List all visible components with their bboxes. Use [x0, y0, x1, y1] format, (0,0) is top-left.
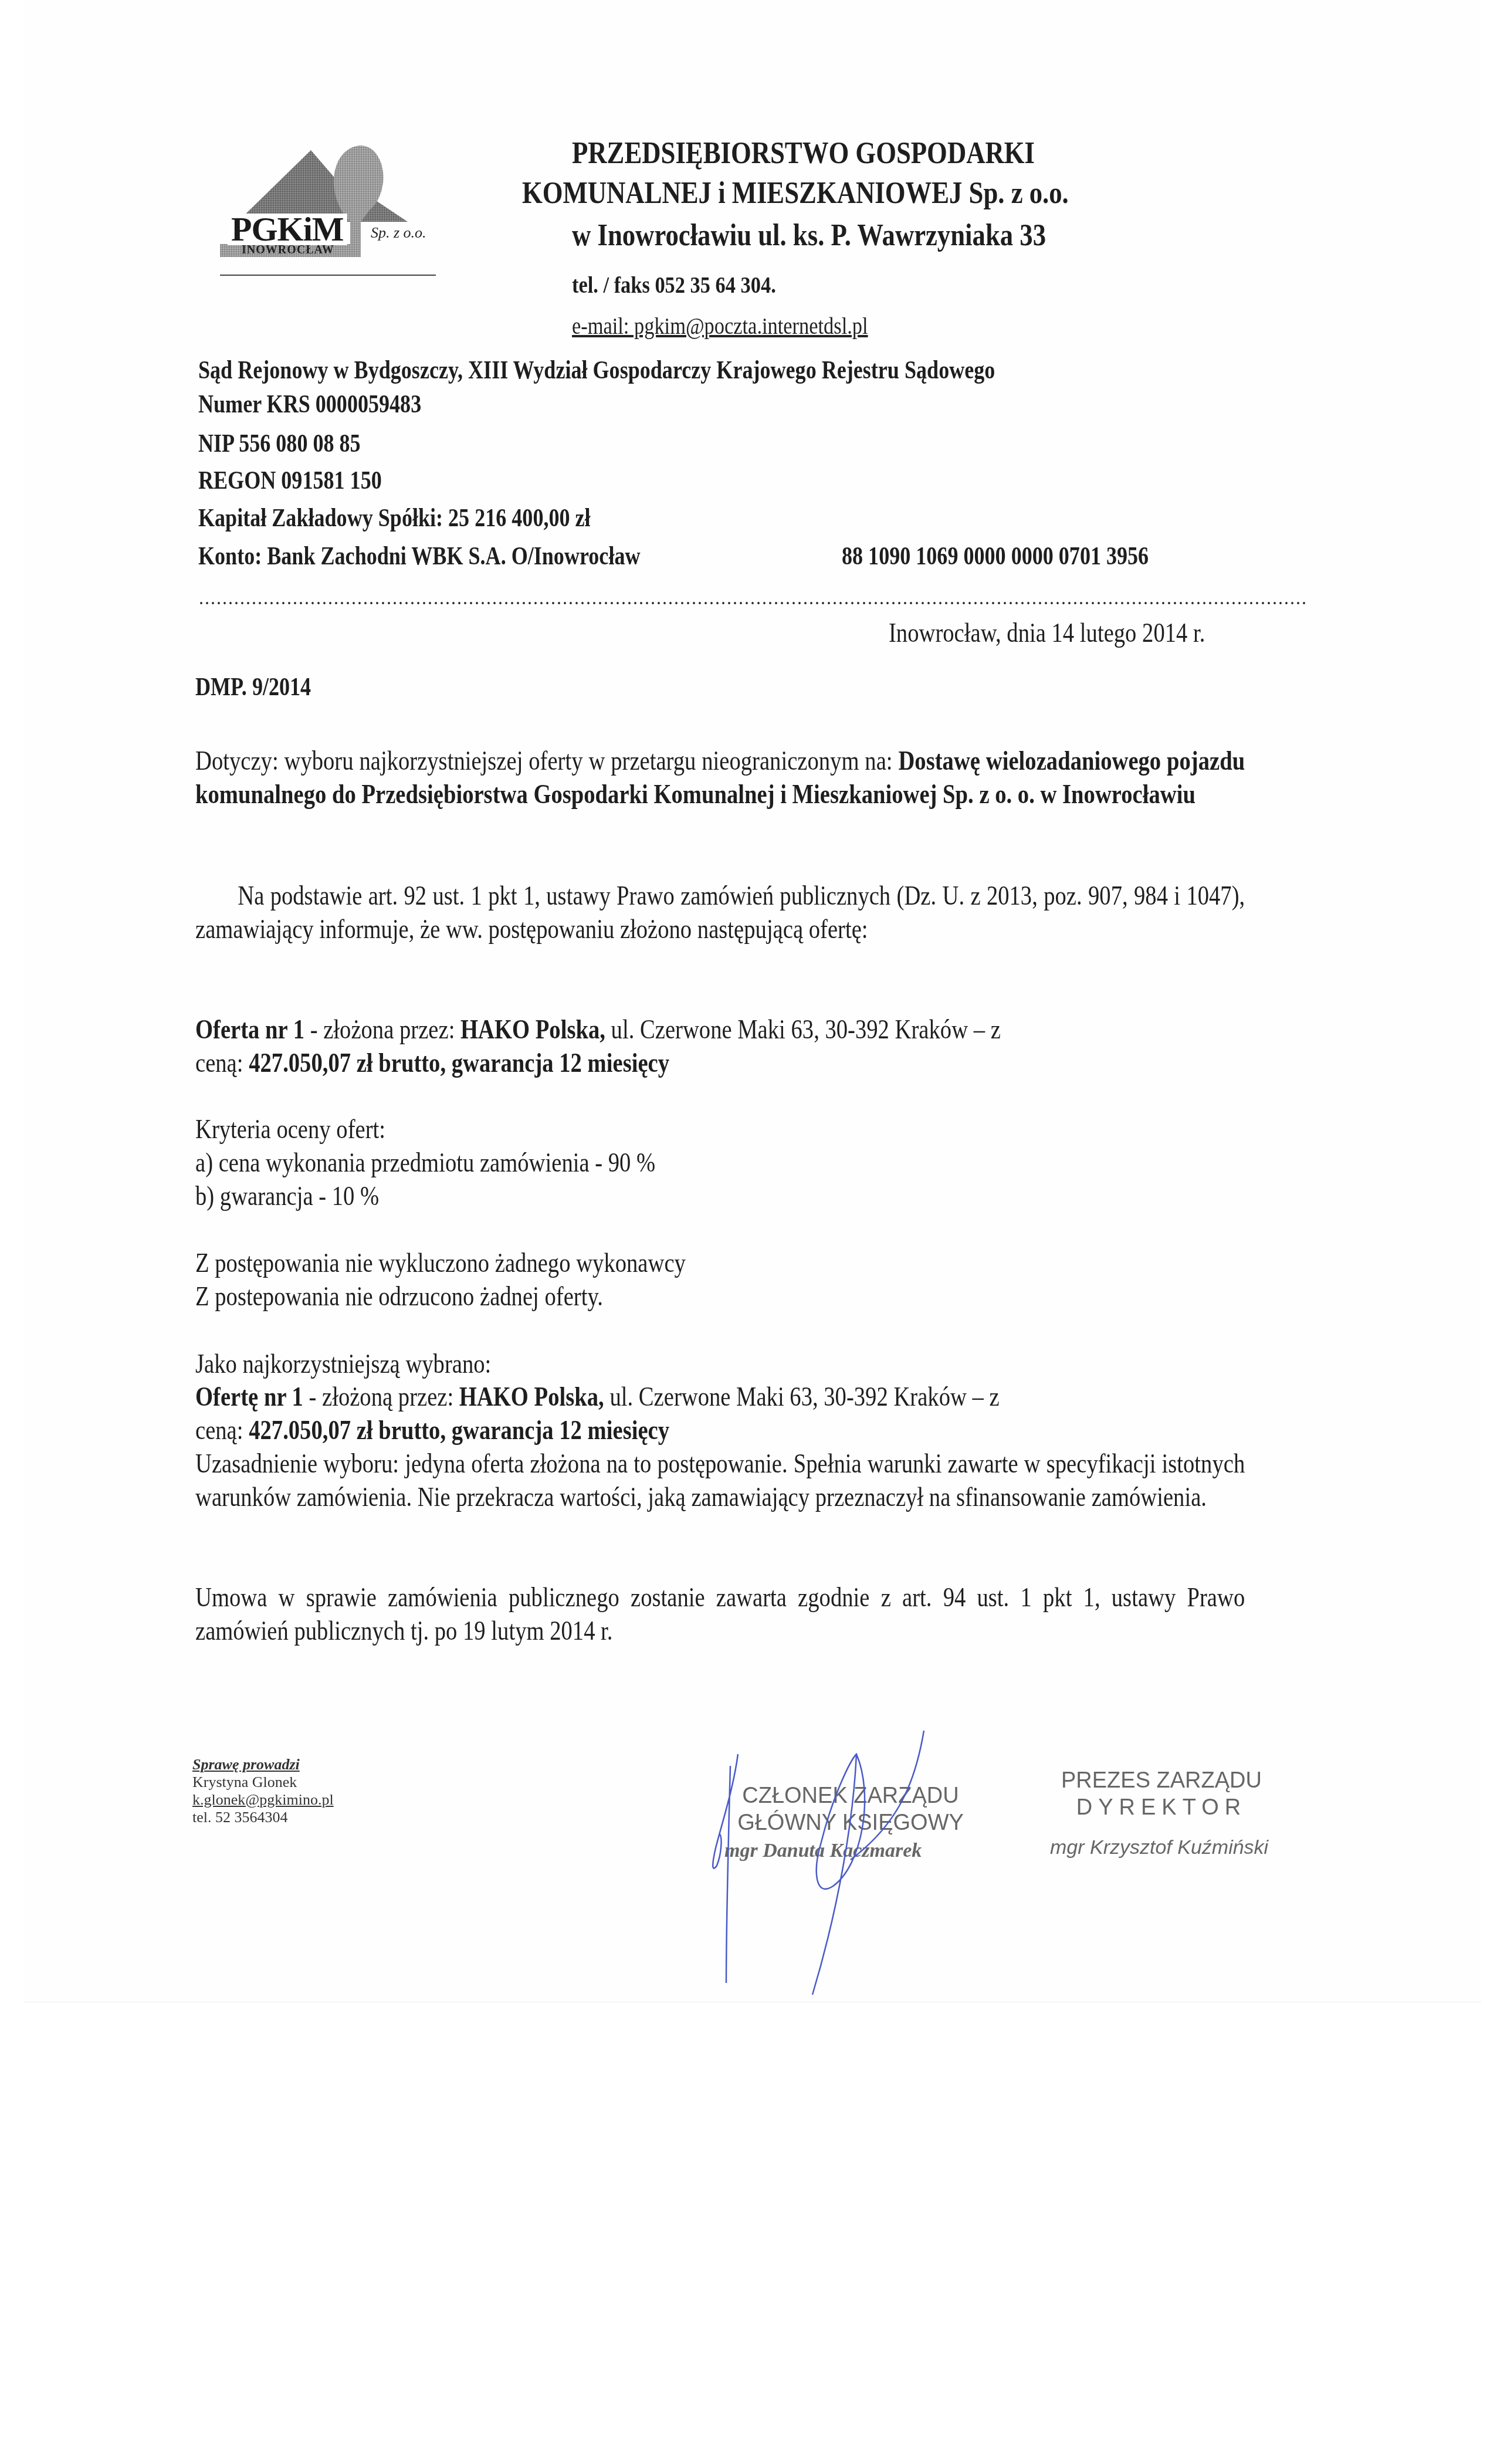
contact-name: Krystyna Glonek	[192, 1773, 334, 1791]
registry-court: Sąd Rejonowy w Bydgoszczy, XIII Wydział …	[198, 355, 995, 385]
header-dotted-divider	[198, 602, 1308, 604]
registry-account-number: 88 1090 1069 0000 0000 0701 3956	[842, 541, 1149, 571]
registry-nip: NIP 556 080 08 85	[198, 428, 361, 458]
rejection-statement: Z postepowania nie odrzucono żadnej ofer…	[195, 1281, 603, 1312]
offer-paragraph: Oferta nr 1 - złożona przez: HAKO Polska…	[195, 1013, 1245, 1079]
place-date: Inowrocław, dnia 14 lutego 2014 r.	[889, 617, 1205, 648]
company-name-line2: KOMUNALNEJ i MIESZKANIOWEJ Sp. z o.o.	[522, 176, 1069, 211]
signature-name: mgr Krzysztof Kuźmiński	[1050, 1836, 1268, 1859]
selection-price-prefix: ceną:	[195, 1415, 249, 1445]
contact-email-link[interactable]: k.glonek@pgkimino.pl	[192, 1791, 334, 1809]
company-name-line1: PRZEDSIĘBIORSTWO GOSPODARKI	[572, 136, 1035, 171]
logo-city: INOWROCŁAW	[242, 243, 334, 257]
signature-stamp-1: CZŁONEK ZARZĄDU GŁÓWNY KSIĘGOWY	[733, 1782, 968, 1836]
subject-prefix: Dotyczy: wyboru najkorzystniejszej ofert…	[195, 746, 898, 776]
signature-role: DYREKTOR	[1044, 1794, 1279, 1821]
signature-role: GŁÓWNY KSIĘGOWY	[733, 1809, 968, 1836]
contact-title: Sprawę prowadzi	[192, 1756, 334, 1773]
selection-submitted-by: - złożoną przez:	[303, 1382, 459, 1412]
company-phone: tel. / faks 052 35 64 304.	[572, 271, 776, 299]
reference-number: DMP. 9/2014	[195, 672, 311, 702]
signature-role: CZŁONEK ZARZĄDU	[733, 1782, 968, 1809]
exclusion-statement: Z postępowania nie wykluczono żadnego wy…	[195, 1247, 686, 1278]
contact-phone: tel. 52 3564304	[192, 1809, 334, 1826]
registry-account-label: Konto: Bank Zachodni WBK S.A. O/Inowrocł…	[198, 541, 641, 571]
selection-address: ul. Czerwone Maki 63, 30-392 Kraków – z	[604, 1382, 1000, 1412]
criteria-item: b) gwarancja - 10 %	[195, 1180, 379, 1211]
selection-company: HAKO Polska,	[459, 1382, 604, 1412]
offer-company: HAKO Polska,	[460, 1014, 605, 1044]
selection-label: Ofertę nr 1	[195, 1382, 303, 1412]
registry-capital: Kapitał Zakładowy Spółki: 25 216 400,00 …	[198, 503, 591, 533]
selection-price: 427.050,07 zł brutto, gwarancja 12 miesi…	[249, 1415, 669, 1445]
offer-address: ul. Czerwone Maki 63, 30-392 Kraków – z	[605, 1014, 1001, 1044]
logo-legal-form: Sp. z o.o.	[371, 224, 426, 242]
logo-wordmark: PGKiM	[228, 214, 347, 245]
scanned-page	[23, 0, 1481, 2002]
offer-price-prefix: ceną:	[195, 1048, 249, 1078]
signature-stamp-2: PREZES ZARZĄDU DYREKTOR	[1044, 1767, 1279, 1821]
offer-price: 427.050,07 zł brutto, gwarancja 12 miesi…	[249, 1048, 669, 1078]
company-address: w Inowrocławiu ul. ks. P. Wawrzyniaka 33	[572, 218, 1046, 253]
registry-krs: Numer KRS 0000059483	[198, 389, 421, 419]
signature-name: mgr Danuta Kaczmarek	[724, 1840, 922, 1862]
contact-block: Sprawę prowadzi Krystyna Glonek k.glonek…	[192, 1756, 334, 1826]
registry-regon: REGON 091581 150	[198, 465, 382, 495]
criteria-title: Kryteria oceny ofert:	[195, 1113, 385, 1145]
logo-divider	[220, 275, 436, 276]
signature-role: PREZES ZARZĄDU	[1044, 1767, 1279, 1794]
selection-paragraph: Ofertę nr 1 - złożoną przez: HAKO Polska…	[195, 1380, 1245, 1447]
selection-justification: Uzasadnienie wyboru: jedyna oferta złożo…	[195, 1447, 1245, 1514]
offer-submitted-by: - złożona przez:	[304, 1014, 460, 1044]
selection-title: Jako najkorzystniejszą wybrano:	[195, 1348, 491, 1379]
legal-basis-paragraph: Na podstawie art. 92 ust. 1 pkt 1, ustaw…	[195, 879, 1245, 946]
criteria-item: a) cena wykonania przedmiotu zamówienia …	[195, 1147, 655, 1178]
offer-label: Oferta nr 1	[195, 1014, 304, 1044]
subject-paragraph: Dotyczy: wyboru najkorzystniejszej ofert…	[195, 744, 1245, 811]
company-email-link[interactable]: e-mail: pgkim@poczta.internetdsl.pl	[572, 312, 868, 340]
contract-paragraph: Umowa w sprawie zamówienia publicznego z…	[195, 1580, 1245, 1647]
